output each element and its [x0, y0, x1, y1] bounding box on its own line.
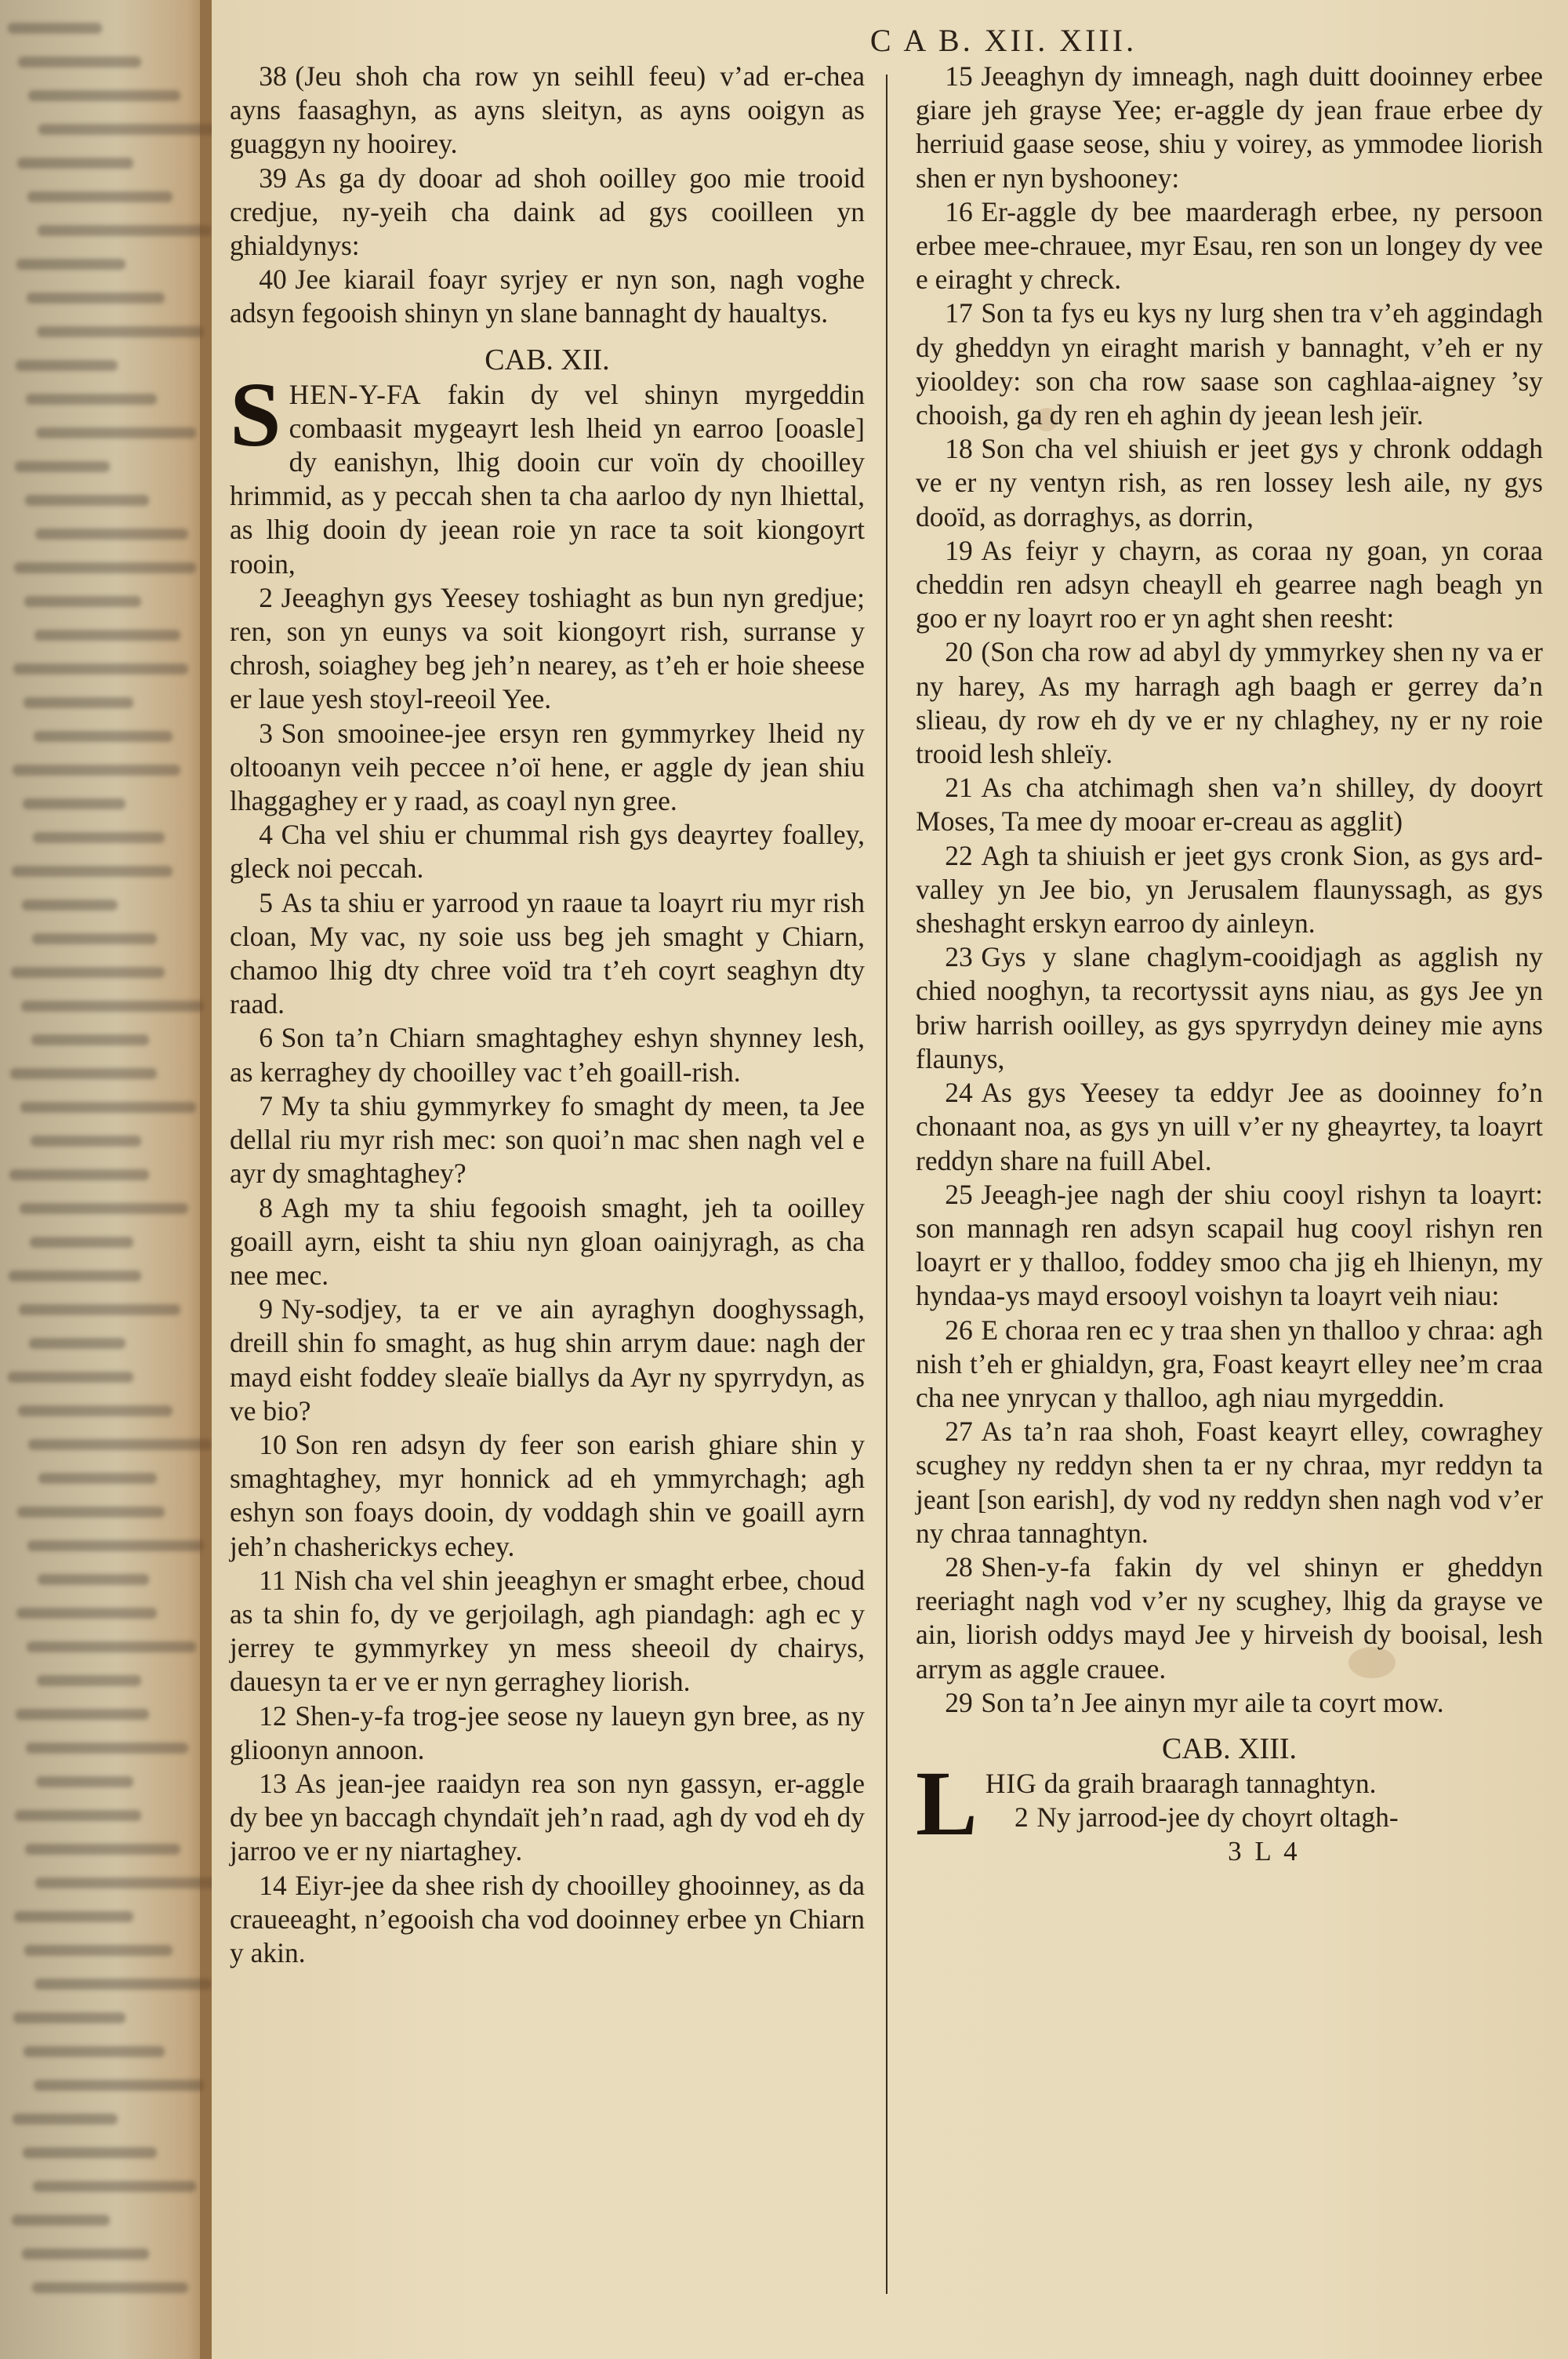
verse-text: Ny-sodjey, ta er ve ain ayraghyn dooghys… [230, 1293, 865, 1427]
blurred-text-line [16, 360, 118, 371]
blurred-text-line [32, 2282, 188, 2293]
right-column: 15Jeeaghyn dy imneagh, nagh duitt dooinn… [916, 60, 1543, 1869]
blurred-text-line [36, 1776, 133, 1787]
blurred-text-line [11, 967, 165, 978]
verse-text: As ta’n raa shoh, Foast keayrt elley, co… [916, 1416, 1543, 1549]
blurred-text-line [27, 1641, 196, 1652]
verse: 6Son ta’n Chiarn smaghtaghey eshyn shynn… [230, 1021, 865, 1089]
blurred-text-line [38, 124, 212, 135]
verse-number: 4 [259, 819, 273, 850]
blurred-text-line [28, 1439, 212, 1450]
verse-number: 29 [945, 1687, 973, 1718]
verse: 25Jeeagh-jee nagh der shiu cooyl rishyn … [916, 1178, 1543, 1314]
opening-smallcaps: HEN-Y-FA [289, 379, 422, 410]
verse-number: 5 [259, 887, 273, 918]
blurred-text-line [27, 1540, 204, 1551]
verse-text: As ta shiu er yarrood yn raaue ta loayrt… [230, 887, 865, 1020]
blurred-text-line [17, 158, 133, 169]
verse: 27As ta’n raa shoh, Foast keayrt elley, … [916, 1415, 1543, 1550]
verse-text: Jee kiarail foayr syrjey er nyn son, nag… [230, 264, 865, 329]
blurred-text-line [13, 2012, 125, 2023]
blurred-text-line [15, 461, 110, 472]
verse: 16Er-aggle dy bee maarderagh erbee, ny p… [916, 195, 1543, 297]
verse-number: 19 [945, 535, 973, 566]
opening-text: da graih braaragh tannaghtyn. [1044, 1768, 1377, 1799]
verse-number: 39 [259, 162, 287, 194]
verse-text: Nish cha vel shin jeeaghyn er smaght erb… [230, 1565, 865, 1698]
blurred-text-line [21, 1001, 204, 1012]
chapter-opening-verse: LHIG da graih braaragh tannaghtyn. [916, 1767, 1543, 1801]
verse-number: 8 [259, 1192, 273, 1223]
blurred-text-line [17, 1507, 165, 1518]
verse: 20(Son cha row ad abyl dy ymmyrkey shen … [916, 635, 1543, 771]
blurred-text-line [34, 2080, 204, 2091]
verse-text: Jeeaghyn gys Yeesey toshiaght as bun nyn… [230, 582, 865, 715]
verse-number: 27 [945, 1416, 973, 1447]
verse-text: (Jeu shoh cha row yn seihll feeu) v’ad e… [230, 60, 865, 159]
signature-mark: 3 L 4 [916, 1834, 1543, 1868]
blurred-text-line [15, 1810, 141, 1821]
verse: 4Cha vel shiu er chummal rish gys deayrt… [230, 818, 865, 885]
verse-number: 20 [945, 636, 973, 667]
verse-text: Son ta’n Jee ainyn myr aile ta coyrt mow… [981, 1687, 1443, 1718]
verse-number: 24 [945, 1077, 973, 1108]
verse-number: 7 [259, 1090, 273, 1121]
verse: 21As cha atchimagh shen va’n shilley, dy… [916, 771, 1543, 838]
blurred-text-line [22, 900, 118, 911]
blurred-text-line [34, 1979, 212, 1990]
blurred-text-line [10, 1068, 157, 1079]
verse-number: 10 [259, 1429, 287, 1460]
opening-smallcaps: HIG [985, 1768, 1037, 1799]
blurred-text-line [32, 933, 157, 944]
blurred-text-line [37, 1675, 141, 1686]
verse: 15Jeeaghyn dy imneagh, nagh duitt dooinn… [916, 60, 1543, 195]
drop-cap-letter: S [230, 381, 281, 449]
blurred-text-line [16, 1709, 149, 1720]
verse-text: E choraa ren ec y traa shen yn thalloo y… [916, 1314, 1543, 1413]
verses-after-chapter: 2Ny jarrood-jee dy choyrt oltagh- [916, 1801, 1543, 1834]
facing-page-edge [0, 0, 212, 2359]
verse: 18Son cha vel shiuish er jeet gys y chro… [916, 432, 1543, 534]
blurred-text-line [18, 1405, 172, 1416]
verse-number: 16 [945, 196, 973, 227]
blurred-text-line [22, 2248, 149, 2259]
blurred-text-line [20, 1203, 188, 1214]
blurred-text-line [13, 2114, 118, 2125]
verse-text: Eiyr-jee da shee rish dy chooilley ghooi… [230, 1870, 865, 1968]
chapter-opening-verse: SHEN-Y-FA fakin dy vel shinyn myrgeddin … [230, 378, 865, 581]
verses-list: 15Jeeaghyn dy imneagh, nagh duitt dooinn… [916, 60, 1543, 1720]
verse: 12Shen-y-fa trog-jee seose ny laueyn gyn… [230, 1699, 865, 1767]
blurred-text-line [25, 495, 149, 506]
verse-text: As cha atchimagh shen va’n shilley, dy d… [916, 772, 1543, 837]
verse-number: 17 [945, 297, 973, 329]
blurred-text-line [29, 1338, 125, 1349]
verse-number: 2 [1014, 1801, 1029, 1833]
verse: 14Eiyr-jee da shee rish dy chooilley gho… [230, 1869, 865, 1971]
column-divider [886, 75, 887, 2294]
blurred-text-line [23, 798, 125, 809]
blurred-text-line [27, 293, 165, 304]
blurred-text-line [27, 191, 172, 202]
verse: 19As feiyr y chayrn, as coraa ny goan, y… [916, 534, 1543, 636]
verse-text: Gys y slane chaglym-cooidjagh as agglish… [916, 941, 1543, 1074]
verse: 2Jeeaghyn gys Yeesey toshiaght as bun ny… [230, 581, 865, 717]
blurred-text-line [12, 2215, 110, 2226]
verse: 38(Jeu shoh cha row yn seihll feeu) v’ad… [230, 60, 865, 162]
blurred-text-line [30, 1237, 133, 1248]
blurred-text-line [36, 427, 196, 438]
verse-number: 22 [945, 840, 973, 871]
blurred-text-line [13, 765, 180, 776]
verse: 40Jee kiarail foayr syrjey er nyn son, n… [230, 263, 865, 330]
blurred-text-line [14, 1911, 133, 1922]
verse: 11Nish cha vel shin jeeaghyn er smaght e… [230, 1564, 865, 1699]
blurred-text-line [8, 23, 102, 34]
verse-text: As ga dy dooar ad shoh ooilley goo mie t… [230, 162, 865, 261]
blurred-text-line [8, 1372, 133, 1383]
blurred-text-line [26, 394, 157, 405]
blurred-text-line [28, 90, 180, 101]
verse-text: My ta shiu gymmyrkey fo smaght dy meen, … [230, 1090, 865, 1189]
verse-number: 12 [259, 1700, 287, 1732]
blurred-text-line [37, 326, 204, 337]
blurred-text-line [24, 596, 141, 607]
drop-cap-letter: L [916, 1770, 978, 1837]
verse-text: Jeeagh-jee nagh der shiu cooyl rishyn ta… [916, 1179, 1543, 1312]
verse-number: 18 [945, 433, 973, 464]
verse-text: Son ta fys eu kys ny lurg shen tra v’eh … [916, 297, 1543, 431]
verse-text: Son cha vel shiuish er jeet gys y chronk… [916, 433, 1543, 532]
verse-number: 13 [259, 1768, 287, 1799]
verse: 23Gys y slane chaglym-cooidjagh as aggli… [916, 940, 1543, 1076]
verse-number: 15 [945, 60, 973, 92]
blurred-text-line [18, 56, 141, 67]
verse-text: Shen-y-fa trog-jee seose ny laueyn gyn b… [230, 1700, 865, 1765]
verse-number: 9 [259, 1293, 273, 1325]
verse: 28Shen-y-fa fakin dy vel shinyn er ghedd… [916, 1550, 1543, 1686]
chapter-heading-xii: CAB. XII. [230, 342, 865, 378]
verse-number: 40 [259, 264, 287, 295]
verse: 22Agh ta shiuish er jeet gys cronk Sion,… [916, 839, 1543, 941]
verse: 5As ta shiu er yarrood yn raaue ta loayr… [230, 886, 865, 1022]
blurred-text-line [24, 697, 133, 708]
verse-number: 14 [259, 1870, 287, 1901]
verse-text: Ny jarrood-jee dy choyrt oltagh- [1036, 1801, 1398, 1833]
blurred-text-line [9, 1270, 141, 1281]
verse: 17Son ta fys eu kys ny lurg shen tra v’e… [916, 296, 1543, 432]
blurred-text-line [25, 1844, 180, 1855]
verse-text: Jeeaghyn dy imneagh, nagh duitt dooinney… [916, 60, 1543, 194]
verse-number: 21 [945, 772, 973, 803]
verse-number: 38 [259, 60, 287, 92]
verse-text: Agh ta shiuish er jeet gys cronk Sion, a… [916, 840, 1543, 939]
verse-number: 3 [259, 718, 273, 749]
verse: 3Son smooinee-jee ersyn ren gymmyrkey lh… [230, 717, 865, 819]
blurred-text-line [14, 562, 196, 573]
verse-number: 11 [259, 1565, 285, 1596]
verse-text: Shen-y-fa fakin dy vel shinyn er gheddyn… [916, 1551, 1543, 1685]
verse: 2Ny jarrood-jee dy choyrt oltagh- [916, 1801, 1543, 1834]
verse: 13As jean-jee raaidyn rea son nyn gassyn… [230, 1767, 865, 1869]
verse-text: Cha vel shiu er chummal rish gys deayrte… [230, 819, 865, 884]
verse: 24As gys Yeesey ta eddyr Jee as dooinney… [916, 1076, 1543, 1178]
blurred-text-line [26, 1743, 188, 1754]
blurred-text-line [16, 259, 125, 270]
blurred-text-line [38, 1473, 157, 1484]
blurred-text-line [35, 529, 188, 540]
verse-number: 23 [945, 941, 973, 972]
verse-text: Son smooinee-jee ersyn ren gymmyrkey lhe… [230, 718, 865, 816]
blurred-text-line [12, 866, 172, 877]
left-column: 38(Jeu shoh cha row yn seihll feeu) v’ad… [230, 60, 865, 1970]
verse: 10Son ren adsyn dy feer son earish ghiar… [230, 1428, 865, 1564]
blurred-text-line [20, 1102, 196, 1113]
blurred-text-line [24, 1945, 172, 1956]
verses-list: 2Jeeaghyn gys Yeesey toshiaght as bun ny… [230, 581, 865, 1970]
verse: 9Ny-sodjey, ta er ve ain ayraghyn dooghy… [230, 1292, 865, 1428]
blurred-text-line [35, 1877, 212, 1888]
blurred-text-line [13, 663, 188, 674]
verse-text: Son ta’n Chiarn smaghtaghey eshyn shynne… [230, 1022, 865, 1087]
verse-text: Son ren adsyn dy feer son earish ghiare … [230, 1429, 865, 1562]
verse-number: 28 [945, 1551, 973, 1583]
blurred-text-line [34, 630, 180, 641]
verse-number: 25 [945, 1179, 973, 1210]
verse: 29Son ta’n Jee ainyn myr aile ta coyrt m… [916, 1686, 1543, 1720]
blurred-text-line [23, 2147, 157, 2158]
blurred-text-line [19, 1304, 180, 1315]
verse-number: 2 [259, 582, 273, 613]
blurred-text-line [34, 731, 172, 742]
chapter-heading-xiii: CAB. XIII. [916, 1731, 1543, 1767]
verse-text: As feiyr y chayrn, as coraa ny goan, yn … [916, 535, 1543, 634]
book-page: C A B. XII. XIII. 38(Jeu shoh cha row yn… [212, 0, 1568, 2359]
verse-number: 26 [945, 1314, 973, 1346]
verses-before-chapter: 38(Jeu shoh cha row yn seihll feeu) v’ad… [230, 60, 865, 331]
blurred-text-line [38, 1574, 149, 1585]
blurred-text-line [33, 832, 165, 843]
verse-text: Er-aggle dy bee maarderagh erbee, ny per… [916, 196, 1543, 295]
blurred-text-line [9, 1169, 149, 1180]
verse-text: As gys Yeesey ta eddyr Jee as dooinney f… [916, 1077, 1543, 1176]
verse: 26E choraa ren ec y traa shen yn thalloo… [916, 1314, 1543, 1416]
verse-text: Agh my ta shiu fegooish smaght, jeh ta o… [230, 1192, 865, 1291]
verse: 8Agh my ta shiu fegooish smaght, jeh ta … [230, 1191, 865, 1293]
verse: 39As ga dy dooar ad shoh ooilley goo mie… [230, 162, 865, 264]
verse-number: 6 [259, 1022, 273, 1053]
blurred-text-line [24, 2046, 165, 2057]
blurred-text-line [38, 225, 212, 236]
blurred-text-line [33, 2181, 196, 2192]
verse: 7My ta shiu gymmyrkey fo smaght dy meen,… [230, 1089, 865, 1191]
blurred-text-line [31, 1034, 149, 1045]
verse-text: (Son cha row ad abyl dy ymmyrkey shen ny… [916, 636, 1543, 769]
verse-text: As jean-jee raaidyn rea son nyn gassyn, … [230, 1768, 865, 1866]
running-head: C A B. XII. XIII. [729, 22, 1278, 59]
blurred-text-line [16, 1608, 157, 1619]
blurred-text-line [31, 1136, 141, 1147]
